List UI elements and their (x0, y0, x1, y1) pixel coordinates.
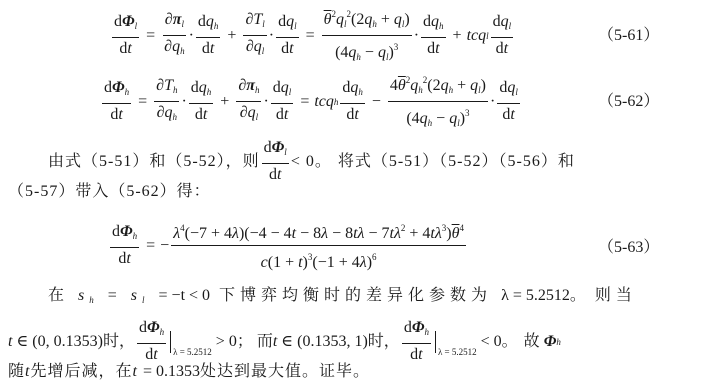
range-1: ∈ (0, 0.1353) (16, 332, 103, 352)
paragraph-2: 在 sh = sl = −t < 0 下博弈均衡时的差异化参数为 λ = 5.2… (48, 286, 637, 310)
equation-number-5-61: （5-61） (598, 22, 659, 45)
p4-text-2: 处达到最大值。证毕。 (200, 363, 370, 380)
p3-lt: < 0。 (481, 332, 518, 352)
fraction-dphi-l-dt: dΦldt (112, 12, 139, 59)
paragraph-1-part2: 将式（5-51）（5-52）（5-56）和 (338, 152, 575, 172)
evaluation-bar-2 (435, 331, 436, 353)
equation-5-63: dΦhdt =− λ4(−7 + 4λ)(−4 − 4t − 8λ − 8tλ … (108, 218, 468, 273)
equation-number-5-62: （5-62） (598, 88, 659, 111)
paragraph-3: t ∈ (0, 0.1353) 时， dΦhdt λ = 5.2512 > 0；… (8, 318, 561, 365)
p2-lambda-value: λ = 5.2512。 (501, 287, 586, 304)
range-2: ∈ (0.1353, 1) (281, 332, 368, 352)
p4-text-1: 先增后减，在 (30, 363, 132, 380)
equation-number-5-63: （5-63） (598, 234, 659, 257)
paragraph-1-ineq: < 0。 (291, 152, 332, 172)
eval-subscript-2: λ = 5.2512 (438, 342, 477, 362)
p3-shi-2: 时， (368, 332, 400, 352)
p2-text-2: 下博弈均衡时的差异化参数为 (219, 287, 492, 304)
p3-er: 而 (257, 332, 273, 352)
paragraph-4: 随t先增后减，在t = 0.1353处达到最大值。证毕。 (8, 362, 370, 382)
paragraph-1-continued: （5-57）带入（5-62）得： (8, 182, 211, 202)
eval-subscript-1: λ = 5.2512 (173, 342, 212, 362)
p4-at: = 0.1353 (143, 363, 200, 380)
p3-shi-1: 时， (103, 332, 135, 352)
p3-gt: > 0； (216, 332, 253, 352)
equation-5-62: dΦhdt = ∂Th∂qh· dqhdt + ∂πh∂ql· dqldt =t… (100, 70, 522, 133)
fraction-theta-term: θ2ql2(2qh + ql)(4qh − ql)3 (322, 4, 412, 67)
p4-sui: 随 (8, 363, 25, 380)
paragraph-1: 由式（5-51）和（5-52），则 dΦldt < 0。 将式（5-51）（5-… (48, 138, 575, 185)
equation-5-61: dΦldt = ∂πl∂qh· dqhdt + ∂Tl∂ql· dqldt = … (110, 4, 515, 67)
paragraph-1-part1: 由式（5-51）和（5-52），则 (48, 152, 260, 172)
p2-text-1: 在 (48, 287, 69, 304)
p3-gu: 故 (524, 332, 540, 352)
fraction-partial-pi-l: ∂πl∂qh (162, 10, 186, 61)
p2-condition: = −t < 0 (159, 287, 211, 304)
fraction-lambda-expression: λ4(−7 + 4λ)(−4 − 4t − 8λ − 8tλ − 7tλ2 + … (171, 218, 466, 273)
p2-text-3: 则当 (595, 287, 637, 304)
evaluation-bar (170, 331, 171, 353)
